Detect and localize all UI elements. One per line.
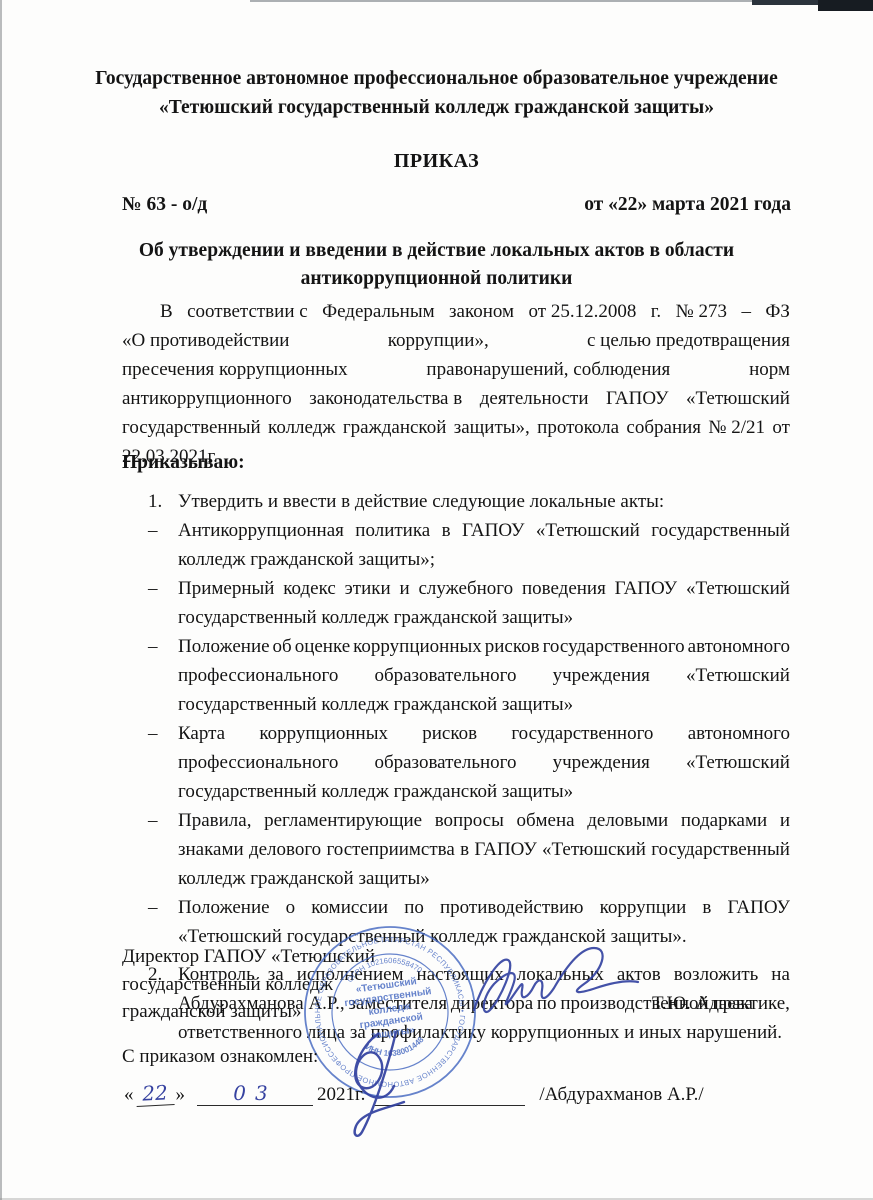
text-segment: от 25.12.2008	[529, 297, 637, 326]
text-segment: гражданской	[343, 413, 447, 442]
text-segment: антикоррупционного	[122, 384, 292, 413]
text-segment: вопросы	[435, 806, 504, 835]
text-segment: «Тетюшский	[686, 661, 790, 690]
text-segment: обмена	[517, 806, 575, 835]
month-blank-line: 03	[197, 1081, 313, 1106]
text-segment: этики	[345, 574, 391, 603]
scan-edge-corner	[818, 0, 873, 11]
text-segment: по	[404, 893, 424, 922]
text-segment: пресечения коррупционных	[122, 355, 348, 384]
text-line: Утвердить и ввести в действие следующие …	[178, 487, 790, 516]
list-marker: –	[148, 632, 178, 719]
item-text: АнтикоррупционнаяполитикавГАПОУ«Тетюшски…	[178, 516, 790, 574]
text-segment: протокола	[537, 413, 619, 442]
text-segment: кодекс	[283, 574, 336, 603]
text-segment: «Тетюшский	[686, 748, 790, 777]
text-segment: профессионального	[178, 661, 338, 690]
doc-subject: Об утверждении и введении в действие лок…	[70, 237, 803, 293]
text-segment: противодействию	[440, 893, 584, 922]
text-segment: учреждения	[553, 661, 650, 690]
text-line: Положениеокомиссиипопротиводействиюкорру…	[178, 893, 790, 922]
text-segment: № 273	[676, 297, 727, 326]
text-segment: «О противодействии	[122, 326, 289, 355]
list-marker: –	[148, 806, 178, 893]
text-segment: коррупционных	[353, 632, 482, 661]
director-name: Т.Ю. Адаева	[652, 993, 753, 1015]
handwritten-month: 03	[233, 1081, 276, 1105]
year-label: 2021г.	[317, 1084, 365, 1106]
text-segment: защиты»,	[454, 413, 530, 442]
director-title-line: Директор ГАПОУ «Тетюшский	[122, 943, 375, 971]
text-segment: государственный	[651, 516, 790, 545]
text-segment: служебного	[418, 574, 513, 603]
text-segment: коррупции	[600, 893, 687, 922]
text-segment: деловыми	[587, 806, 668, 835]
number-date-row: № 63 - о/д от «22» марта 2021 года	[122, 194, 791, 216]
item-text: Примерныйкодексэтикиислужебногоповедения…	[178, 574, 790, 632]
text-line: государственный колледж гражданской защи…	[178, 603, 790, 632]
text-segment: Положение	[178, 632, 270, 661]
text-segment: ГАПОУ	[615, 574, 677, 603]
text-segment: профессионального	[178, 748, 338, 777]
item-text: Положениеобоценкекоррупционныхрисковгосу…	[178, 632, 790, 719]
director-title-block: Директор ГАПОУ «Тетюшский государственны…	[122, 943, 375, 1026]
org-name-line2: «Тетюшский государственный колледж гражд…	[0, 93, 873, 122]
text-segment: по	[537, 989, 557, 1018]
resolution-word: Приказываю:	[122, 452, 245, 474]
text-line: государственный колледж гражданской защи…	[178, 777, 790, 806]
text-segment: автономного	[688, 632, 790, 661]
doc-number: № 63 - о/д	[122, 194, 207, 216]
text-segment: правонарушений, соблюдения	[426, 355, 670, 384]
text-segment: законодательства в	[309, 384, 462, 413]
text-segment: оценке	[295, 632, 350, 661]
text-line: профессиональногообразовательногоучрежде…	[178, 748, 790, 777]
text-segment: поведения	[522, 574, 606, 603]
order-item: –Положениеобоценкекоррупционныхрисковгос…	[148, 632, 790, 719]
text-segment: гостеприимства	[326, 835, 454, 864]
text-segment: ГАПОУ	[728, 893, 790, 922]
document-page: Государственное автономное профессиональ…	[0, 0, 873, 1200]
text-segment: «Тетюшский	[536, 516, 640, 545]
text-segment: государственного	[543, 632, 685, 661]
item-text: Утвердить и ввести в действие следующие …	[178, 487, 790, 516]
text-segment: с целью предотвращения	[587, 326, 790, 355]
text-segment: ГАПОУ	[606, 384, 668, 413]
text-segment: В	[160, 297, 173, 326]
text-segment: Карта	[178, 719, 225, 748]
text-segment: возложить	[674, 960, 759, 989]
order-item: –Картакоррупционныхрисковгосударственног…	[148, 719, 790, 806]
intro-paragraph: Всоответствии сФедеральнымзакономот 25.1…	[122, 297, 790, 471]
text-segment: регламентирующие	[264, 806, 422, 835]
text-line: Положениеобоценкекоррупционныхрисковгосу…	[178, 632, 790, 661]
acknowledgment-date-line: « 22 » 03 2021г. /Абдурахманов А.Р./	[122, 1078, 704, 1106]
text-segment: г.	[651, 297, 661, 326]
text-segment: рисков	[422, 719, 477, 748]
text-segment: образовательного	[374, 748, 516, 777]
director-title-line: гражданской защиты»	[122, 998, 375, 1026]
director-title-line: государственный колледж	[122, 971, 375, 999]
subject-line2: антикоррупционной политики	[70, 265, 803, 293]
text-segment: настоящих	[417, 960, 504, 989]
text-segment: Примерный	[178, 574, 274, 603]
text-segment: и	[780, 806, 790, 835]
text-line: пресечения коррупционныхправонарушений, …	[122, 355, 790, 384]
text-segment: актов	[617, 960, 661, 989]
text-line: колледж гражданской защиты»	[178, 864, 790, 893]
text-line: Примерныйкодексэтикиислужебногоповедения…	[178, 574, 790, 603]
text-segment: политика	[355, 516, 430, 545]
text-line: колледж гражданской защиты»;	[178, 545, 790, 574]
text-segment: «Тетюшский	[686, 574, 790, 603]
text-segment: директора	[451, 989, 533, 1018]
org-name-line1: Государственное автономное профессиональ…	[0, 64, 873, 93]
text-segment: норм	[749, 355, 790, 384]
subject-line1: Об утверждении и введении в действие лок…	[70, 237, 803, 265]
order-item: –АнтикоррупционнаяполитикавГАПОУ«Тетюшск…	[148, 516, 790, 574]
list-marker: –	[148, 719, 178, 806]
order-item: 1.Утвердить и ввести в действие следующи…	[148, 487, 790, 516]
text-segment: соответствии с	[187, 297, 308, 326]
text-line: Правила,регламентирующиевопросыобменадел…	[178, 806, 790, 835]
text-segment: Антикоррупционная	[178, 516, 344, 545]
list-marker: –	[148, 516, 178, 574]
text-segment: локальных	[517, 960, 604, 989]
list-marker: –	[148, 574, 178, 632]
text-segment: подарками	[681, 806, 767, 835]
text-segment: об	[273, 632, 292, 661]
order-item: –Правила,регламентирующиевопросыобменаде…	[148, 806, 790, 893]
text-line: государственный колледж гражданской защи…	[178, 690, 790, 719]
text-line: Картакоррупционныхрисковгосударственного…	[178, 719, 790, 748]
text-segment: и	[399, 574, 409, 603]
text-line: государственныйколледжгражданскойзащиты»…	[122, 413, 790, 442]
text-line: «О противодействиикоррупции»,с целью пре…	[122, 326, 790, 355]
text-segment: ФЗ	[765, 297, 790, 326]
text-segment: «Тетюшский	[686, 384, 790, 413]
text-segment: «Тетюшский	[542, 835, 646, 864]
text-segment: коррупции»,	[388, 326, 489, 355]
text-segment: от	[772, 413, 790, 442]
text-line: антикоррупционногозаконодательства вдеят…	[122, 384, 790, 413]
text-line: АнтикоррупционнаяполитикавГАПОУ«Тетюшски…	[178, 516, 790, 545]
item-text: Картакоррупционныхрисковгосударственного…	[178, 719, 790, 806]
close-quote: »	[176, 1084, 186, 1106]
text-segment: ГАПОУ	[462, 516, 524, 545]
handwritten-day: 22	[135, 1080, 174, 1107]
text-segment: законом	[449, 297, 514, 326]
org-header: Государственное автономное профессиональ…	[0, 64, 873, 122]
text-segment: делового	[249, 835, 321, 864]
text-segment: учреждения	[553, 748, 650, 777]
text-segment: в	[442, 516, 451, 545]
text-segment: автономного	[688, 719, 790, 748]
text-segment: о	[286, 893, 296, 922]
item-text: Правила,регламентирующиевопросыобменадел…	[178, 806, 790, 893]
text-segment: собрания	[626, 413, 701, 442]
doc-type-title: ПРИКАЗ	[0, 150, 873, 173]
list-marker: 1.	[148, 487, 178, 516]
order-item: –Примерныйкодексэтикиислужебногоповедени…	[148, 574, 790, 632]
text-segment: государственный	[122, 413, 261, 442]
text-segment: ГАПОУ	[474, 835, 536, 864]
acknowledgment-label: С приказом ознакомлен:	[122, 1046, 318, 1068]
text-segment: Федеральным	[322, 297, 435, 326]
text-segment: колледж	[268, 413, 335, 442]
text-segment: Положение	[178, 893, 270, 922]
text-segment: на	[771, 960, 790, 989]
text-segment: комиссии	[311, 893, 388, 922]
text-segment: государственный	[651, 835, 790, 864]
text-segment: –	[741, 297, 751, 326]
text-line: Всоответствии сФедеральнымзакономот 25.1…	[122, 297, 790, 326]
text-segment: рисков	[485, 632, 540, 661]
text-segment: коррупционных	[259, 719, 388, 748]
signature-blank-line	[375, 1081, 525, 1106]
open-quote: «	[124, 1084, 134, 1106]
acknowledger-name: /Абдурахманов А.Р./	[539, 1084, 703, 1106]
text-segment: Правила,	[178, 806, 251, 835]
text-line: профессиональногообразовательногоучрежде…	[178, 661, 790, 690]
text-segment: образовательного	[374, 661, 516, 690]
text-segment: № 2/21	[708, 413, 765, 442]
text-segment: в	[702, 893, 711, 922]
doc-date: от «22» марта 2021 года	[584, 194, 791, 216]
text-segment: государственного	[511, 719, 653, 748]
text-segment: деятельности	[480, 384, 589, 413]
scan-edge-left	[0, 0, 2, 1200]
text-line: знакамиделовогогостеприимствавГАПОУ«Тетю…	[178, 835, 790, 864]
text-segment: в	[460, 835, 469, 864]
text-segment: знаками	[178, 835, 244, 864]
